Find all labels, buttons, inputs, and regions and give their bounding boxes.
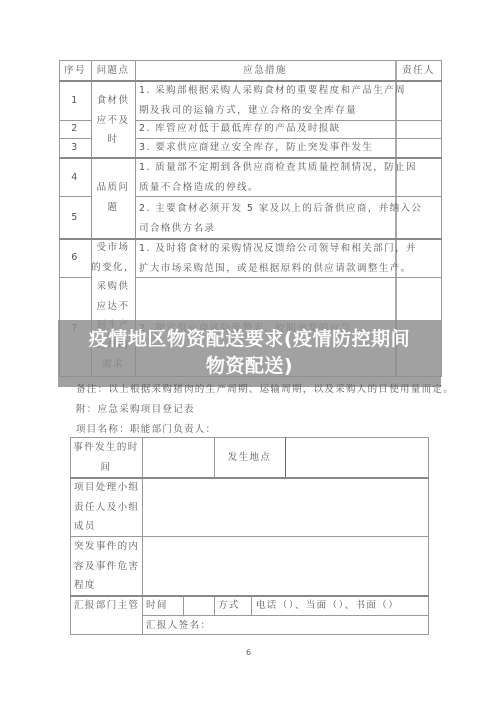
measure-line: 质量不合格造成的停线。 (139, 178, 395, 198)
row-serial: 5 (59, 208, 91, 228)
team-field[interactable] (142, 478, 429, 536)
issue-line: 应不及 (91, 111, 135, 131)
report-method-label: 方式 (218, 596, 251, 616)
page-number: 6 (246, 648, 251, 657)
table1-row-divider (59, 196, 91, 197)
label-line: 间 (70, 458, 142, 478)
measure-line: 1. 及时将食材的采购情况反馈给公司领导和相关部门，并 (139, 239, 395, 259)
issue-group-supply-delay: 食材供 应不及 时 (91, 91, 135, 150)
measure-line: 扩大市场采购范围，或是根据原料的供应请款调整生产。 (139, 259, 395, 279)
report-time-field[interactable] (183, 596, 214, 615)
event-time-label: 事件发生的时 间 (70, 438, 142, 477)
issue-line: 受市场 (91, 238, 135, 258)
row-serial: 4 (59, 168, 91, 188)
measure-row-5: 2. 主要食材必须开发 5 家及以上的后备供应商，并纳入公 司合格供方名录 (139, 199, 395, 238)
reporter-signature[interactable]: 汇报人签名： (146, 616, 429, 636)
header-measures: 应急措施 (135, 61, 395, 81)
title-banner: 疫情地区物资配送要求(疫情防控期间 物资配送) (58, 320, 441, 387)
header-serial: 序号 (59, 61, 91, 81)
remark-note: 备注：以上根据采购猪肉的生产周期、运输周期，以及采购人的日使用量而定。 (76, 381, 454, 395)
header-owner: 责任人 (395, 61, 442, 81)
label-line: 事件发生的时 (70, 438, 142, 458)
event-place-label: 发生地点 (214, 448, 285, 468)
banner-line-2: 物资配送) (58, 353, 441, 380)
measure-row-2: 2. 库管应对低于最低库存的产品及时报缺 (139, 119, 395, 139)
project-name-label: 项目名称：职能部门负责人： (76, 421, 216, 435)
issue-line: 品质问 (91, 178, 135, 198)
measure-line: 2. 主要食材必须开发 5 家及以上的后备供应商，并纳入公 (139, 199, 395, 219)
header-issue: 问题点 (91, 61, 135, 81)
team-label: 项目处理小组 责任人及小组 成员 (74, 478, 142, 537)
event-content-field[interactable] (142, 537, 429, 595)
event-content-label: 突发事件的内 容及事件危害 程度 (74, 537, 142, 596)
measure-row-3: 3. 要求供应商建立安全库存，防止突发事件发生 (139, 138, 395, 158)
measure-line: 期及我司的运输方式，建立合格的安全库存量 (139, 101, 395, 121)
label-line: 突发事件的内 (74, 537, 142, 557)
label-line: 成员 (74, 517, 142, 537)
row-serial: 6 (59, 248, 91, 268)
issue-line: 的变化， (91, 258, 135, 278)
measure-row-1: 1. 采购部根据采购人采购食材的重要程度和产品生产周 期及我司的运输方式，建立合… (139, 81, 395, 120)
banner-line-1: 疫情地区物资配送要求(疫情防控期间 (58, 326, 441, 353)
label-line: 程度 (74, 576, 142, 596)
label-line: 容及事件危害 (74, 557, 142, 577)
report-time-label: 时间 (146, 596, 183, 616)
report-supervisor-label: 汇报部门主管 (74, 596, 142, 616)
table2-col-divider (214, 595, 215, 615)
issue-line: 食材供 (91, 91, 135, 111)
issue-line: 应达不 (91, 297, 135, 317)
table1-row-divider (59, 277, 91, 278)
event-time-field[interactable] (142, 438, 214, 477)
measure-row-6: 1. 及时将食材的采购情况反馈给公司领导和相关部门，并 扩大市场采购范围，或是根… (139, 239, 395, 278)
event-place-field[interactable] (285, 438, 429, 477)
issue-line: 采购供 (91, 277, 135, 297)
measure-line: 1. 质量部不定期到各供应商检查其质量控制情况，防止因 (139, 158, 395, 178)
issue-line: 时 (91, 130, 135, 150)
label-line: 责任人及小组 (74, 498, 142, 518)
measure-line: 司合格供方名录 (139, 219, 395, 239)
table2-col-divider (251, 595, 252, 615)
measure-row-4: 1. 质量部不定期到各供应商检查其质量控制情况，防止因 质量不合格造成的停线。 (139, 158, 395, 197)
row-serial: 2 (59, 119, 91, 139)
label-line: 项目处理小组 (74, 478, 142, 498)
issue-line: 题 (91, 198, 135, 218)
row-serial: 1 (59, 91, 91, 111)
measure-line: 1. 采购部根据采购人采购食材的重要程度和产品生产周 (139, 81, 395, 101)
appendix-label: 附：应急采购项目登记表 (76, 401, 195, 415)
report-method-options[interactable]: 电话（）、当面（）、书面（） (256, 596, 429, 616)
row-serial: 3 (59, 138, 91, 158)
issue-group-quality: 品质问 题 (91, 178, 135, 217)
